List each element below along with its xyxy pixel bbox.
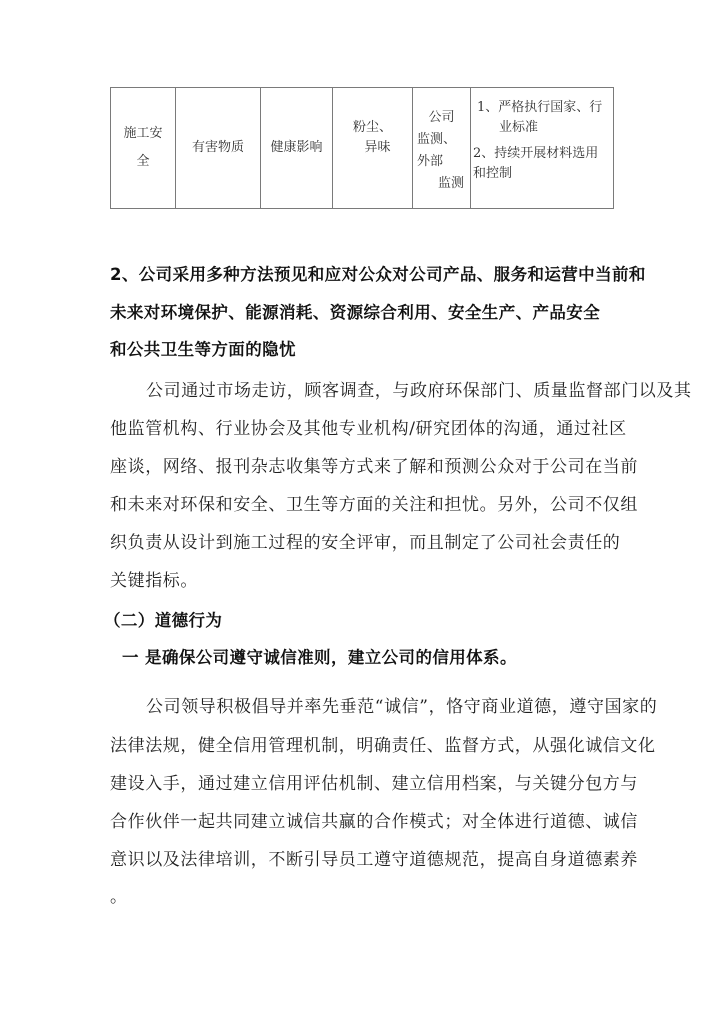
risk-table: 施工安 全 有害物质 健康影响 粉尘、 异味 公司 监测、 外部 [110, 87, 614, 209]
monitoring-line-3: 外部 [413, 151, 470, 173]
paragraph-line-6: 关键指标。 [110, 566, 620, 591]
cell-impact: 健康影响 [261, 88, 333, 209]
cell-factor: 有害物质 [176, 88, 261, 209]
monitoring-line-1: 公司 [413, 107, 470, 129]
factor-text: 有害物质 [192, 140, 244, 155]
ethics-paragraph-line-6: 。 [110, 882, 620, 907]
monitoring-line-4: 监测 [413, 173, 470, 195]
paragraph-line-1: 公司通过市场走访，顾客调查，与政府环保部门、质量监督部门以及其 [146, 376, 656, 401]
category-line-2: 全 [111, 148, 175, 176]
paragraph-line-4: 和未来对环保和安全、卫生等方面的关注和担忧。另外，公司不仅组 [110, 490, 620, 515]
monitoring-line-2: 监测、 [413, 129, 470, 151]
cell-source: 粉尘、 异味 [333, 88, 413, 209]
impact-text: 健康影响 [270, 140, 322, 155]
ethics-paragraph-line-5: 意识以及法律培训，不断引导员工遵守道德规范，提高自身道德素养 [110, 845, 620, 870]
measure-1-line-1: 1、严格执行国家、行 [473, 98, 613, 118]
ethics-paragraph-line-4: 合作伙伴一起共同建立诚信共赢的合作模式；对全体进行道德、诚信 [110, 807, 620, 832]
ethics-subheading: 一 是确保公司遵守诚信准则，建立公司的信用体系。 [122, 644, 632, 668]
measure-2-line-2: 和控制 [473, 164, 613, 184]
cell-category: 施工安 全 [111, 88, 176, 209]
paragraph-line-2: 他监管机构、行业协会及其他专业机构/研究团体的沟通，通过社区 [110, 414, 620, 439]
document-page: 施工安 全 有害物质 健康影响 粉尘、 异味 公司 监测、 外部 [0, 0, 724, 1024]
ethics-paragraph-line-1: 公司领导积极倡导并率先垂范“诚信”，恪守商业道德，遵守国家的 [146, 692, 656, 717]
section-heading-line-2: 未来对环境保护、能源消耗、资源综合利用、安全生产、产品安全 [110, 299, 620, 323]
source-line-2: 异味 [333, 138, 412, 158]
table-row: 施工安 全 有害物质 健康影响 粉尘、 异味 公司 监测、 外部 [111, 88, 614, 209]
measure-2-line-1: 2、持续开展材料选用 [473, 144, 613, 164]
cell-measures: 1、严格执行国家、行 业标准 2、持续开展材料选用 和控制 [471, 88, 614, 209]
measure-1-line-2: 业标准 [473, 118, 613, 138]
cell-monitoring: 公司 监测、 外部 监测 [413, 88, 471, 209]
paragraph-line-5: 织负责从设计到施工过程的安全评审，而且制定了公司社会责任的 [110, 528, 620, 553]
ethics-paragraph-line-3: 建设入手，通过建立信用评估机制、建立信用档案，与关键分包方与 [110, 769, 620, 794]
paragraph-line-3: 座谈，网络、报刊杂志收集等方式来了解和预测公众对于公司在当前 [110, 452, 620, 477]
ethics-heading: （二）道德行为 [104, 607, 614, 631]
category-line-1: 施工安 [111, 120, 175, 148]
section-heading-line-1: 2、公司采用多种方法预见和应对公众对公司产品、服务和运营中当前和 [110, 261, 620, 285]
section-heading-line-3: 和公共卫生等方面的隐忧 [110, 336, 620, 360]
ethics-paragraph-line-2: 法律法规，健全信用管理机制，明确责任、监督方式，从强化诚信文化 [110, 731, 620, 756]
source-line-1: 粉尘、 [333, 118, 412, 138]
